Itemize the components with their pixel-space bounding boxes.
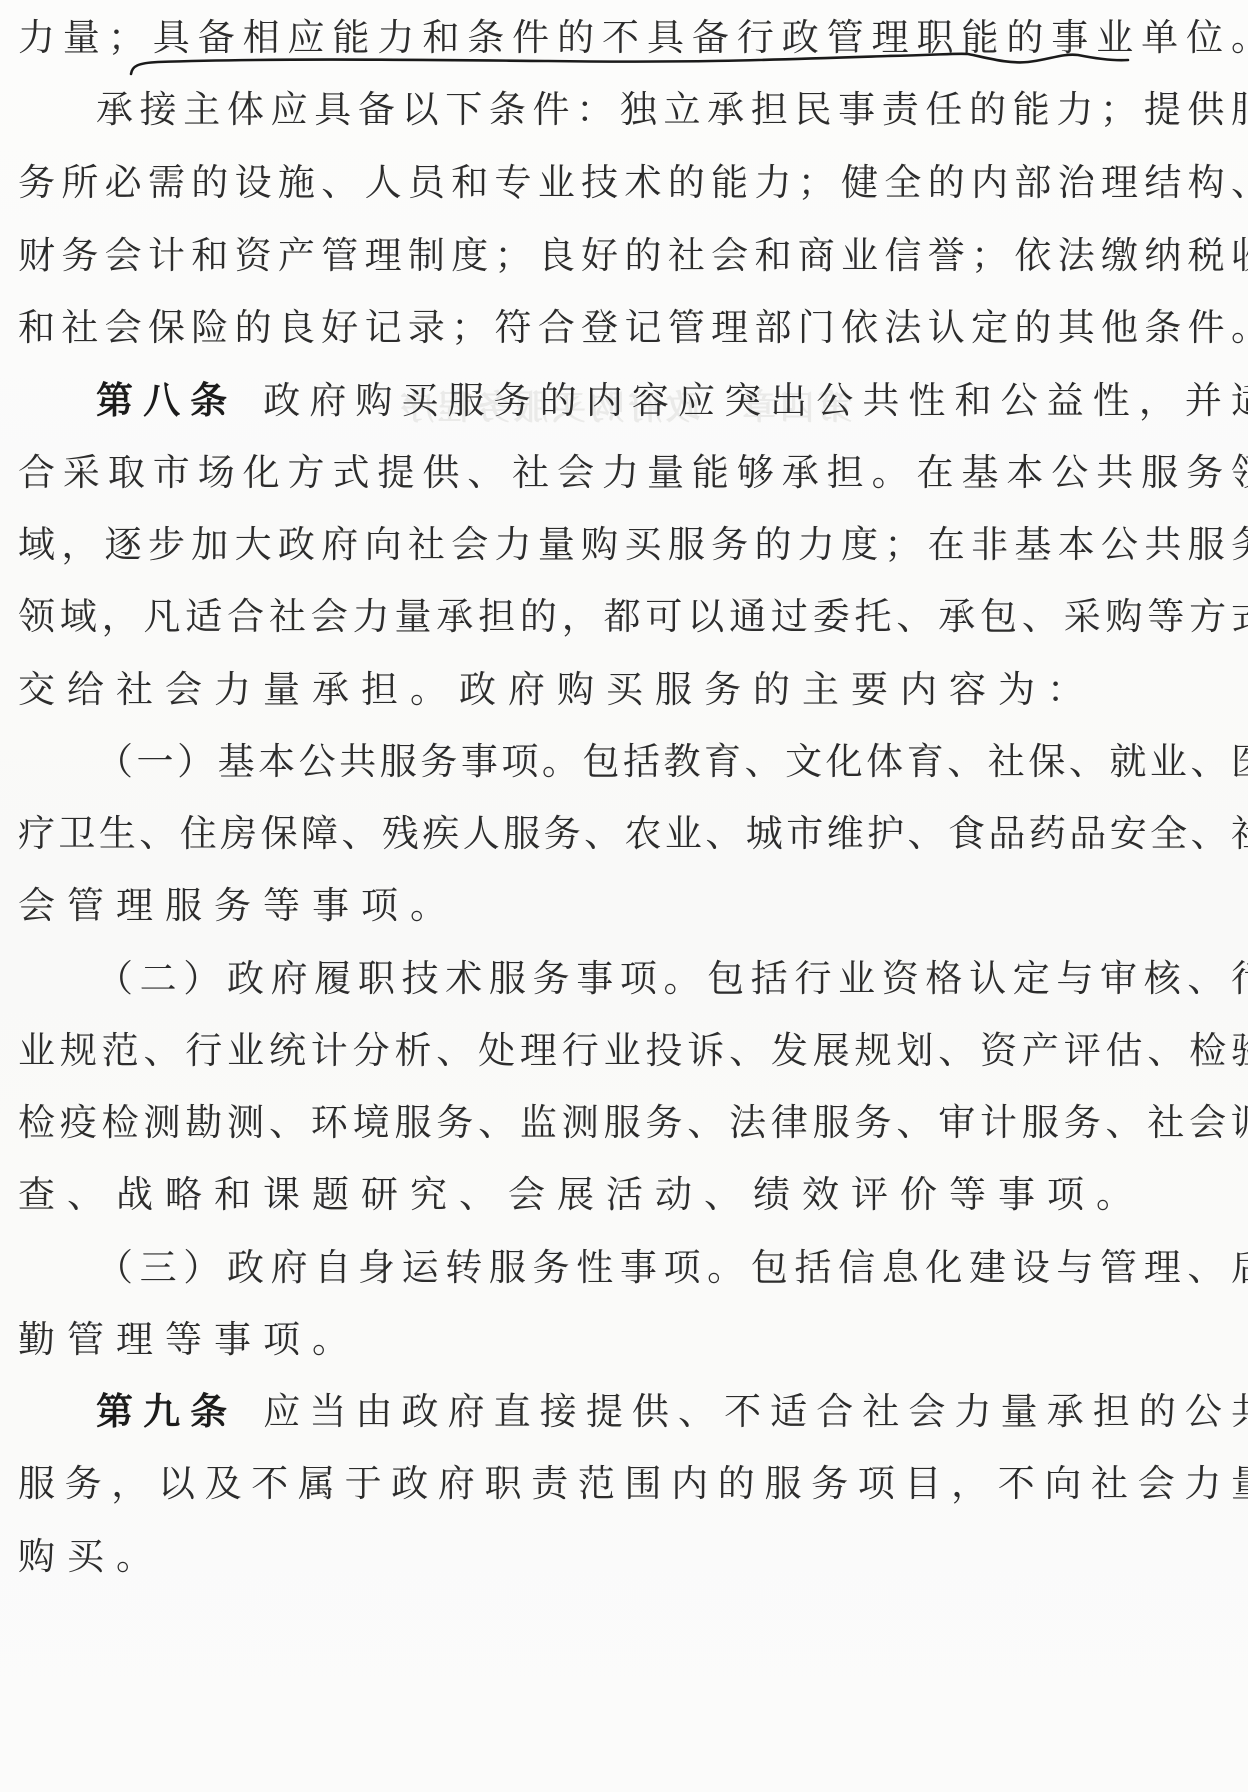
text-line: 购买。: [18, 1529, 1248, 1585]
text-line: 查、战略和课题研究、会展活动、绩效评价等事项。: [18, 1167, 1248, 1223]
line-text: 领域，凡适合社会力量承担的，都可以通过委托、承包、采购等方式: [18, 595, 1248, 638]
text-line: 业规范、行业统计分析、处理行业投诉、发展规划、资产评估、检验: [18, 1023, 1248, 1079]
line-text: 务所必需的设施、人员和专业技术的能力；健全的内部治理结构、: [18, 161, 1248, 204]
line-text: 域，逐步加大政府向社会力量购买服务的力度；在非基本公共服务: [18, 523, 1248, 566]
line-text: 购买。: [18, 1535, 165, 1578]
text-line: 务所必需的设施、人员和专业技术的能力；健全的内部治理结构、: [18, 155, 1248, 211]
line-text: 业规范、行业统计分析、处理行业投诉、发展规划、资产评估、检验: [18, 1029, 1248, 1072]
line-text: 合采取市场化方式提供、社会力量能够承担。在基本公共服务领: [18, 451, 1248, 494]
line-text: 财务会计和资产管理制度；良好的社会和商业信誉；依法缴纳税收: [18, 234, 1248, 277]
line-text: 政府购买服务的内容应突出公共性和公益性，并适: [263, 379, 1248, 422]
line-text: （一）基本公共服务事项。包括教育、文化体育、社保、就业、医: [96, 740, 1248, 783]
text-line: 服务，以及不属于政府职责范围内的服务项目，不向社会力量: [18, 1456, 1248, 1512]
text-line: 检疫检测勘测、环境服务、监测服务、法律服务、审计服务、社会调: [18, 1095, 1248, 1151]
line-text: 查、战略和课题研究、会展活动、绩效评价等事项。: [18, 1173, 1145, 1216]
text-line: 勤管理等事项。: [18, 1312, 1248, 1368]
text-line: 域，逐步加大政府向社会力量购买服务的力度；在非基本公共服务: [18, 517, 1248, 573]
line-text: 检疫检测勘测、环境服务、监测服务、法律服务、审计服务、社会调: [18, 1101, 1248, 1144]
line-text: 承接主体应具备以下条件：独立承担民事责任的能力；提供服: [96, 88, 1248, 131]
text-line: 会管理服务等事项。: [18, 878, 1248, 934]
line-text: 服务，以及不属于政府职责范围内的服务项目，不向社会力量: [18, 1462, 1248, 1505]
article-label: 第八条: [96, 379, 237, 422]
line-text: 应当由政府直接提供、不适合社会力量承担的公共: [263, 1390, 1248, 1433]
line-text: 勤管理等事项。: [18, 1318, 361, 1361]
article-label: 第九条: [96, 1390, 237, 1433]
list-item-2-line: （二）政府履职技术服务事项。包括行业资格认定与审核、行: [96, 951, 1248, 1007]
list-item-3-line: （三）政府自身运转服务性事项。包括信息化建设与管理、后: [96, 1240, 1248, 1296]
article-9-heading-line: 第九条应当由政府直接提供、不适合社会力量承担的公共: [96, 1384, 1248, 1440]
text-line: 财务会计和资产管理制度；良好的社会和商业信誉；依法缴纳税收: [18, 228, 1248, 284]
text-line: 合采取市场化方式提供、社会力量能够承担。在基本公共服务领: [18, 445, 1248, 501]
scanned-document-page: 第四章 政府购买服务程序 力量；具备相应能力和条件的不具备行政管理职能的事业单位…: [0, 0, 1248, 1792]
text-line: 疗卫生、住房保障、残疾人服务、农业、城市维护、食品药品安全、社: [18, 806, 1248, 862]
line-text: （二）政府履职技术服务事项。包括行业资格认定与审核、行: [96, 957, 1248, 1000]
line-text: 力量；具备相应能力和条件的不具备行政管理职能的事业单位。: [18, 16, 1248, 59]
list-item-1-line: （一）基本公共服务事项。包括教育、文化体育、社保、就业、医: [96, 734, 1248, 790]
text-line: 力量；具备相应能力和条件的不具备行政管理职能的事业单位。: [18, 10, 1248, 66]
text-line: 领域，凡适合社会力量承担的，都可以通过委托、承包、采购等方式: [18, 589, 1248, 645]
line-text: 疗卫生、住房保障、残疾人服务、农业、城市维护、食品药品安全、社: [18, 812, 1248, 855]
text-line: 承接主体应具备以下条件：独立承担民事责任的能力；提供服: [96, 82, 1248, 138]
text-line: 和社会保险的良好记录；符合登记管理部门依法认定的其他条件。: [18, 300, 1248, 356]
text-line: 交给社会力量承担。政府购买服务的主要内容为：: [18, 662, 1248, 718]
line-text: 和社会保险的良好记录；符合登记管理部门依法认定的其他条件。: [18, 306, 1248, 349]
line-text: （三）政府自身运转服务性事项。包括信息化建设与管理、后: [96, 1246, 1248, 1289]
article-8-heading-line: 第八条政府购买服务的内容应突出公共性和公益性，并适: [96, 373, 1248, 429]
line-text: 交给社会力量承担。政府购买服务的主要内容为：: [18, 668, 1096, 711]
line-text: 会管理服务等事项。: [18, 884, 459, 927]
